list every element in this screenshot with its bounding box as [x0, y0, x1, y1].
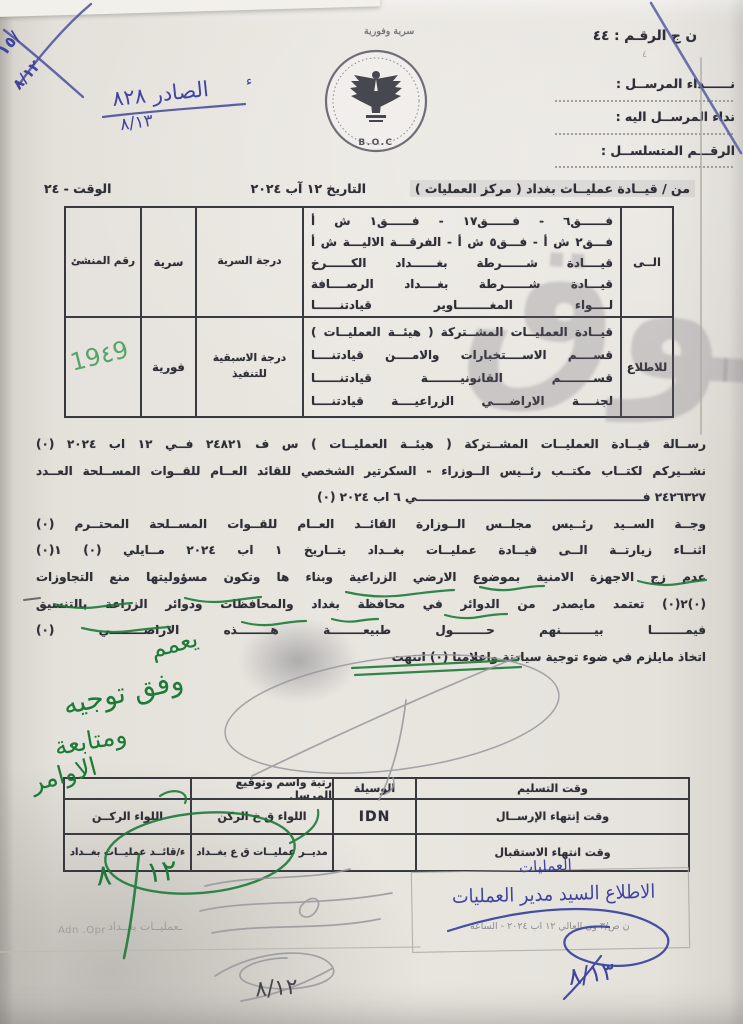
commander-cell: ء/قائــد عمليــات بغــداد [64, 834, 191, 871]
means-header: الوسيلة [333, 778, 416, 799]
address-line: فـــق٢ ش أ - فـــق٥ ش أ - الفرقـــة الال… [311, 232, 613, 253]
body-line: عدم زج الاجهزة الامنية بموضوع الارضي الز… [36, 564, 706, 591]
info-cell: للاطلاع [621, 317, 673, 417]
boc-caption: B.O.C [323, 138, 429, 148]
address-line: قســــــــم القانونيــــــــة قيادتنــــ… [311, 367, 613, 390]
ops-director-cell: مديــر عمليــات ق ع بغــداد [191, 834, 333, 871]
body-line: وجــة الســيد رئــيس مجلــس الــوزارة ال… [36, 511, 706, 538]
body-line: فيمــــــــا بيــــــــنهم حــــــــول ط… [36, 617, 706, 644]
date-value: التاريخ ١٢ آب ٢٠٢٤ [251, 181, 366, 196]
field-serial-number: الرقـــم المتسلســل : [601, 143, 735, 158]
addressees-table: الــى فــــــق٦ - فــــــق١٧ - فــــــق١… [64, 206, 674, 418]
address-line: قيــادة العمليــات المشــتركة ( هيئــة ا… [311, 321, 613, 344]
transmission-table: وقت التسليم الوسيلة رتبة واسم وتوقيع الم… [63, 777, 690, 872]
message-number: ن ج الرقـم : ٤٤ [593, 28, 697, 44]
info-addresses-cell: قيــادة العمليــات المشــتركة ( هيئــة ا… [303, 317, 621, 417]
originator-number-cell [65, 317, 141, 417]
priority-degree-label: درجة الاسبقية للتنفيذ [196, 317, 303, 417]
priority-degree-value: فورية [141, 317, 196, 417]
boc-emblem: B.O.C [323, 48, 429, 154]
body-line: رســالة قيــادة العمليــات المشــتركة ( … [36, 431, 706, 458]
classification-label: سرية وفورية [364, 26, 414, 37]
means-value-cell: IDN [333, 799, 416, 834]
body-line: (٠)٢(٠) تعتمد مايصدر من الدوائر في محافظ… [36, 591, 706, 618]
from-line: من / قيــادة عمليــات بغداد ( مركز العمل… [410, 180, 695, 197]
address-line: قيـــادة شــــــرطة بغــــداد الرصــــاف… [311, 274, 613, 295]
means-empty-cell [333, 834, 416, 871]
delivery-time-header: وقت التسليم [416, 778, 689, 799]
time-date-line: الوقت - ٢٤ التاريخ ١٢ آب ٢٠٢٤ [44, 181, 366, 196]
address-line: لجنــــة الاراضــــي الزراعيــــة قيادتن… [311, 390, 613, 413]
pencil-smudge [238, 618, 358, 703]
left-rank-cell: اللواء الركــن [64, 799, 191, 834]
originator-number-label: رقم المنشئ [65, 207, 141, 317]
dotted-line [555, 166, 733, 168]
body-line: ٢٤٢٦٣٢٧ فـــــــــــــــــــــــــــــــ… [36, 484, 706, 511]
field-sender-callsign: نــــــداء المرســل : [616, 76, 735, 91]
scanned-document-page: سرية وفورية ن ج الرقـم : ٤٤ ٤ نــــــداء… [0, 0, 743, 1024]
body-line: اتخاذ مايلزم في ضوء توجية سيادتة واعلامن… [36, 644, 706, 671]
dotted-line [555, 100, 733, 102]
body-line: نشــيركم لكتــاب مكتــب رئــيس الــوزراء… [36, 458, 706, 485]
message-number-note: ٤ [642, 50, 647, 60]
address-line: لــــواء المغــــــــاوير قيادتنــــــا [311, 295, 613, 316]
field-recipient-callsign: نداء المرســل اليه : [616, 109, 735, 124]
message-body: رســالة قيــادة العمليــات المشــتركة ( … [36, 431, 706, 670]
faint-left-footer: ـعمليــات بغــداد [108, 920, 182, 933]
to-addresses-cell: فــــــق٦ - فــــــق١٧ - فــــــق١ ش أ ف… [303, 207, 621, 317]
secrecy-degree-value: سرية [141, 207, 196, 317]
time-value: الوقت - ٢٤ [44, 181, 111, 196]
adn-opr-label: Adn .Opr [58, 925, 106, 936]
secrecy-degree-label: درجة السرية [196, 207, 303, 317]
to-cell: الــى [621, 207, 673, 317]
address-line: فــــــق٦ - فــــــق١٧ - فــــــق١ ش أ [311, 211, 613, 232]
dotted-line [555, 133, 733, 135]
left-header-cell [64, 778, 191, 799]
body-line: اثنــاء زيارتــة الــى قيــادة عمليــات … [36, 537, 706, 564]
sender-signature-header: رتبة واسم وتوقيع المرسل [191, 778, 333, 799]
receive-end-time-cell: وقت انتهاء الاستقبال [416, 834, 689, 871]
address-line: قيــــادة شــــــرطة بغــــــداد الكــــ… [311, 253, 613, 274]
faint-printed-footer: ن ص/٣ ون العالي ١٢ اب ٢٠٢٤ - الساعة [470, 921, 630, 932]
sender-rank-cell: اللواء ق خ الركن [191, 799, 333, 834]
send-end-time-cell: وقت إنتهاء الإرســال [416, 799, 689, 834]
address-line: قســــم الاســــتخبارات والامــــن قيادت… [311, 344, 613, 367]
